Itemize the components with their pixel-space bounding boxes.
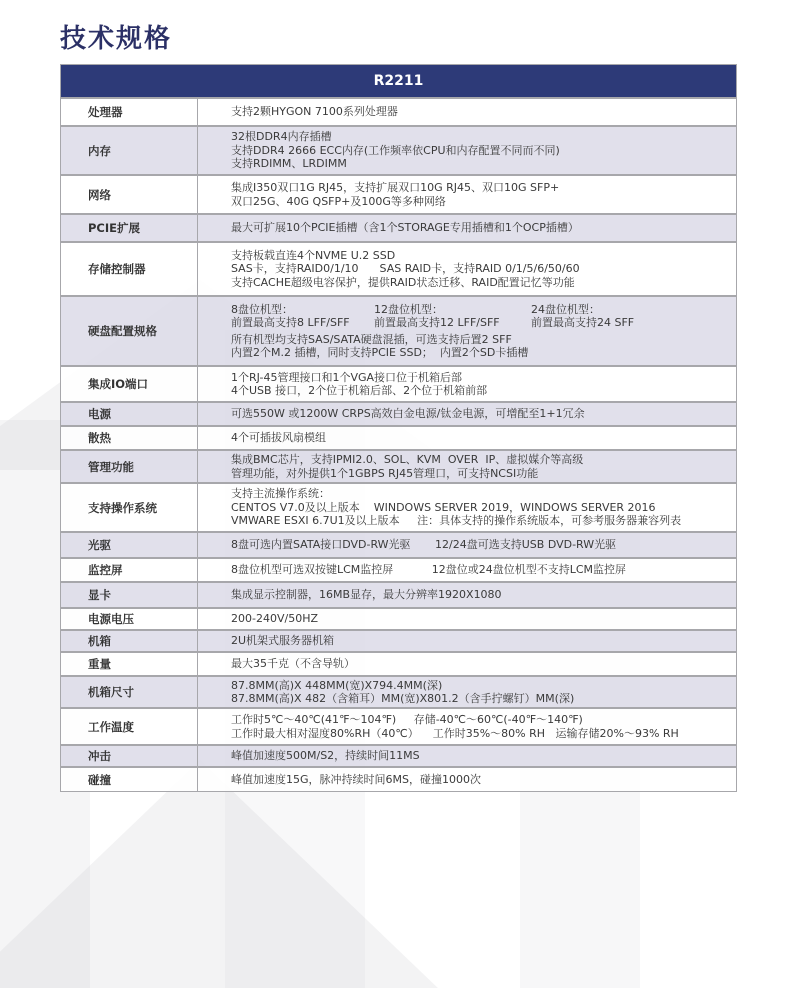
spec-value: 支持主流操作系统：CENTOS V7.0及以上版本 WINDOWS SERVER… — [198, 484, 736, 531]
table-row: 重量最大35千克（不含导轨） — [61, 653, 736, 677]
spec-value-line: 所有机型均支持SAS/SATA硬盘混插，可选支持后置2 SFF — [231, 333, 736, 347]
spec-value: 支持2颗HYGON 7100系列处理器 — [198, 99, 736, 125]
spec-value-line: 可选550W 或1200W CRPS高效白金电源/钛金电源，可增配至1+1冗余 — [231, 407, 736, 421]
spec-table: R2211 处理器支持2颗HYGON 7100系列处理器内存32根DDR4内存插… — [60, 64, 737, 792]
spec-label: 内存 — [61, 127, 198, 174]
spec-value-line: 200-240V/50HZ — [231, 612, 736, 626]
spec-value-line: 峰值加速度500M/S2，持续时间11MS — [231, 749, 736, 763]
spec-value-line: SAS卡，支持RAID0/1/10 SAS RAID卡，支持RAID 0/1/5… — [231, 262, 736, 276]
table-row: 碰撞峰值加速度15G，脉冲持续时间6MS，碰撞1000次 — [61, 768, 736, 791]
spec-label: 监控屏 — [61, 559, 198, 581]
spec-label: 碰撞 — [61, 768, 198, 791]
table-row: 存储控制器支持板载直连4个NVME U.2 SSDSAS卡，支持RAID0/1/… — [61, 243, 736, 297]
spec-value-line: CENTOS V7.0及以上版本 WINDOWS SERVER 2019，WIN… — [231, 501, 736, 515]
spec-label: 光驱 — [61, 533, 198, 557]
table-row: 机箱2U机架式服务器机箱 — [61, 631, 736, 653]
table-row: 散热4个可插拔风扇模组 — [61, 427, 736, 451]
spec-value-line: 8盘可选内置SATA接口DVD-RW光驱 12/24盘可选支持USB DVD-R… — [231, 538, 736, 552]
table-header: R2211 — [61, 65, 736, 99]
table-row: 冲击峰值加速度500M/S2，持续时间11MS — [61, 746, 736, 768]
spec-grid-cell: 前置最高支持8 LFF/SFF — [231, 316, 374, 330]
spec-label: 冲击 — [61, 746, 198, 766]
table-row: 电源可选550W 或1200W CRPS高效白金电源/钛金电源，可增配至1+1冗… — [61, 403, 736, 427]
page-title: 技术规格 — [60, 18, 172, 55]
spec-value: 32根DDR4内存插槽支持DDR4 2666 ECC内存(工作频率依CPU和内存… — [198, 127, 736, 174]
spec-label: 电源 — [61, 403, 198, 425]
spec-label: 存储控制器 — [61, 243, 198, 295]
spec-label: 显卡 — [61, 583, 198, 607]
spec-label: 集成IO端口 — [61, 367, 198, 401]
spec-label: 散热 — [61, 427, 198, 449]
table-row: 电源电压200-240V/50HZ — [61, 609, 736, 631]
spec-value: 1个RJ-45管理接口和1个VGA接口位于机箱后部4个USB 接口，2个位于机箱… — [198, 367, 736, 401]
spec-value: 200-240V/50HZ — [198, 609, 736, 629]
spec-value-line: 集成I350双口1G RJ45，支持扩展双口10G RJ45、双口10G SFP… — [231, 181, 736, 195]
spec-value-line: 双口25G、40G QSFP+及100G等多种网络 — [231, 195, 736, 209]
spec-label: 硬盘配置规格 — [61, 297, 198, 365]
spec-value: 8盘位机型可选双按键LCM监控屏 12盘位或24盘位机型不支持LCM监控屏 — [198, 559, 736, 581]
spec-value-line: 最大35千克（不含导轨） — [231, 657, 736, 671]
spec-grid-cell: 前置最高支持24 SFF — [531, 316, 634, 330]
spec-value-line: 4个USB 接口，2个位于机箱后部、2个位于机箱前部 — [231, 384, 736, 398]
spec-value-line: 内置2个M.2 插槽，同时支持PCIE SSD； 内置2个SD卡插槽 — [231, 346, 736, 360]
spec-value-line: 支持2颗HYGON 7100系列处理器 — [231, 105, 736, 119]
table-row: 光驱8盘可选内置SATA接口DVD-RW光驱 12/24盘可选支持USB DVD… — [61, 533, 736, 559]
spec-value: 峰值加速度15G，脉冲持续时间6MS，碰撞1000次 — [198, 768, 736, 791]
spec-value: 87.8MM(高)X 448MM(宽)X794.4MM(深)87.8MM(高)X… — [198, 677, 736, 707]
spec-value-line: 最大可扩展10个PCIE插槽（含1个STORAGE专用插槽和1个OCP插槽） — [231, 221, 736, 235]
background-decoration — [0, 760, 440, 988]
spec-value-line: 87.8MM(高)X 448MM(宽)X794.4MM(深) — [231, 679, 736, 693]
spec-value-line: 87.8MM(高)X 482（含箱耳）MM(宽)X801.2（含手拧螺钉）MM(… — [231, 692, 736, 706]
spec-grid-cell: 24盘位机型： — [531, 303, 600, 317]
spec-grid-cell: 前置最高支持12 LFF/SFF — [374, 316, 531, 330]
spec-value-line: 支持CACHE超级电容保护，提供RAID状态迁移、RAID配置记忆等功能 — [231, 276, 736, 290]
spec-value: 集成I350双口1G RJ45，支持扩展双口10G RJ45、双口10G SFP… — [198, 176, 736, 213]
spec-value-line: 集成BMC芯片，支持IPMI2.0、SOL、KVM OVER IP、虚拟媒介等高… — [231, 453, 736, 467]
table-row: 显卡集成显示控制器，16MB显存，最大分辨率1920X1080 — [61, 583, 736, 609]
spec-label: 管理功能 — [61, 451, 198, 482]
spec-value-line: 8盘位机型可选双按键LCM监控屏 12盘位或24盘位机型不支持LCM监控屏 — [231, 563, 736, 577]
model-name: R2211 — [374, 73, 424, 89]
spec-label: 机箱尺寸 — [61, 677, 198, 707]
spec-label: 重量 — [61, 653, 198, 675]
table-row: 硬盘配置规格8盘位机型：12盘位机型：24盘位机型：前置最高支持8 LFF/SF… — [61, 297, 736, 367]
table-row: 管理功能集成BMC芯片，支持IPMI2.0、SOL、KVM OVER IP、虚拟… — [61, 451, 736, 484]
table-row: 监控屏8盘位机型可选双按键LCM监控屏 12盘位或24盘位机型不支持LCM监控屏 — [61, 559, 736, 583]
spec-value-line: 支持RDIMM、LRDIMM — [231, 157, 736, 171]
spec-value-line: 32根DDR4内存插槽 — [231, 130, 736, 144]
spec-value-line: 集成显示控制器，16MB显存，最大分辨率1920X1080 — [231, 588, 736, 602]
spec-label: PCIE扩展 — [61, 215, 198, 241]
table-row: 处理器支持2颗HYGON 7100系列处理器 — [61, 99, 736, 127]
table-row: 工作温度工作时5℃～40℃(41℉～104℉) 存储-40℃～60℃(-40℉～… — [61, 709, 736, 746]
spec-value-line: 2U机架式服务器机箱 — [231, 634, 736, 648]
spec-value: 集成BMC芯片，支持IPMI2.0、SOL、KVM OVER IP、虚拟媒介等高… — [198, 451, 736, 482]
spec-value: 4个可插拔风扇模组 — [198, 427, 736, 449]
spec-grid-cell: 12盘位机型： — [374, 303, 531, 317]
spec-value-line: 工作时5℃～40℃(41℉～104℉) 存储-40℃～60℃(-40℉～140℉… — [231, 713, 736, 727]
spec-value: 集成显示控制器，16MB显存，最大分辨率1920X1080 — [198, 583, 736, 607]
spec-label: 支持操作系统 — [61, 484, 198, 531]
spec-value: 可选550W 或1200W CRPS高效白金电源/钛金电源，可增配至1+1冗余 — [198, 403, 736, 425]
spec-label: 网络 — [61, 176, 198, 213]
spec-value: 最大可扩展10个PCIE插槽（含1个STORAGE专用插槽和1个OCP插槽） — [198, 215, 736, 241]
spec-value-line: 支持板载直连4个NVME U.2 SSD — [231, 249, 736, 263]
table-row: 内存32根DDR4内存插槽支持DDR4 2666 ECC内存(工作频率依CPU和… — [61, 127, 736, 176]
spec-grid-cell: 8盘位机型： — [231, 303, 374, 317]
spec-label: 电源电压 — [61, 609, 198, 629]
spec-value-line: VMWARE ESXI 6.7U1及以上版本 注：具体支持的操作系统版本，可参考… — [231, 514, 736, 528]
spec-value: 8盘位机型：12盘位机型：24盘位机型：前置最高支持8 LFF/SFF前置最高支… — [198, 297, 736, 365]
spec-label: 机箱 — [61, 631, 198, 651]
spec-value-line: 4个可插拔风扇模组 — [231, 431, 736, 445]
spec-value-line: 支持DDR4 2666 ECC内存(工作频率依CPU和内存配置不同而不同) — [231, 144, 736, 158]
spec-grid-row: 前置最高支持8 LFF/SFF前置最高支持12 LFF/SFF前置最高支持24 … — [231, 316, 736, 330]
spec-value: 8盘可选内置SATA接口DVD-RW光驱 12/24盘可选支持USB DVD-R… — [198, 533, 736, 557]
table-row: 机箱尺寸87.8MM(高)X 448MM(宽)X794.4MM(深)87.8MM… — [61, 677, 736, 709]
spec-value-line: 1个RJ-45管理接口和1个VGA接口位于机箱后部 — [231, 371, 736, 385]
spec-label: 处理器 — [61, 99, 198, 125]
spec-value-line: 管理功能，对外提供1个1GBPS RJ45管理口，可支持NCSI功能 — [231, 467, 736, 481]
spec-value-line: 峰值加速度15G，脉冲持续时间6MS，碰撞1000次 — [231, 773, 736, 787]
spec-value: 最大35千克（不含导轨） — [198, 653, 736, 675]
spec-grid-row: 8盘位机型：12盘位机型：24盘位机型： — [231, 303, 736, 317]
spec-value: 支持板载直连4个NVME U.2 SSDSAS卡，支持RAID0/1/10 SA… — [198, 243, 736, 295]
spec-value: 工作时5℃～40℃(41℉～104℉) 存储-40℃～60℃(-40℉～140℉… — [198, 709, 736, 744]
spec-value: 峰值加速度500M/S2，持续时间11MS — [198, 746, 736, 766]
table-row: PCIE扩展最大可扩展10个PCIE插槽（含1个STORAGE专用插槽和1个OC… — [61, 215, 736, 243]
table-row: 集成IO端口1个RJ-45管理接口和1个VGA接口位于机箱后部4个USB 接口，… — [61, 367, 736, 403]
spec-value-line: 支持主流操作系统： — [231, 487, 736, 501]
spec-value-line: 工作时最大相对湿度80%RH（40℃） 工作时35%～80% RH 运输存储20… — [231, 727, 736, 741]
spec-label: 工作温度 — [61, 709, 198, 744]
table-row: 支持操作系统支持主流操作系统：CENTOS V7.0及以上版本 WINDOWS … — [61, 484, 736, 533]
spec-value: 2U机架式服务器机箱 — [198, 631, 736, 651]
table-row: 网络集成I350双口1G RJ45，支持扩展双口10G RJ45、双口10G S… — [61, 176, 736, 215]
